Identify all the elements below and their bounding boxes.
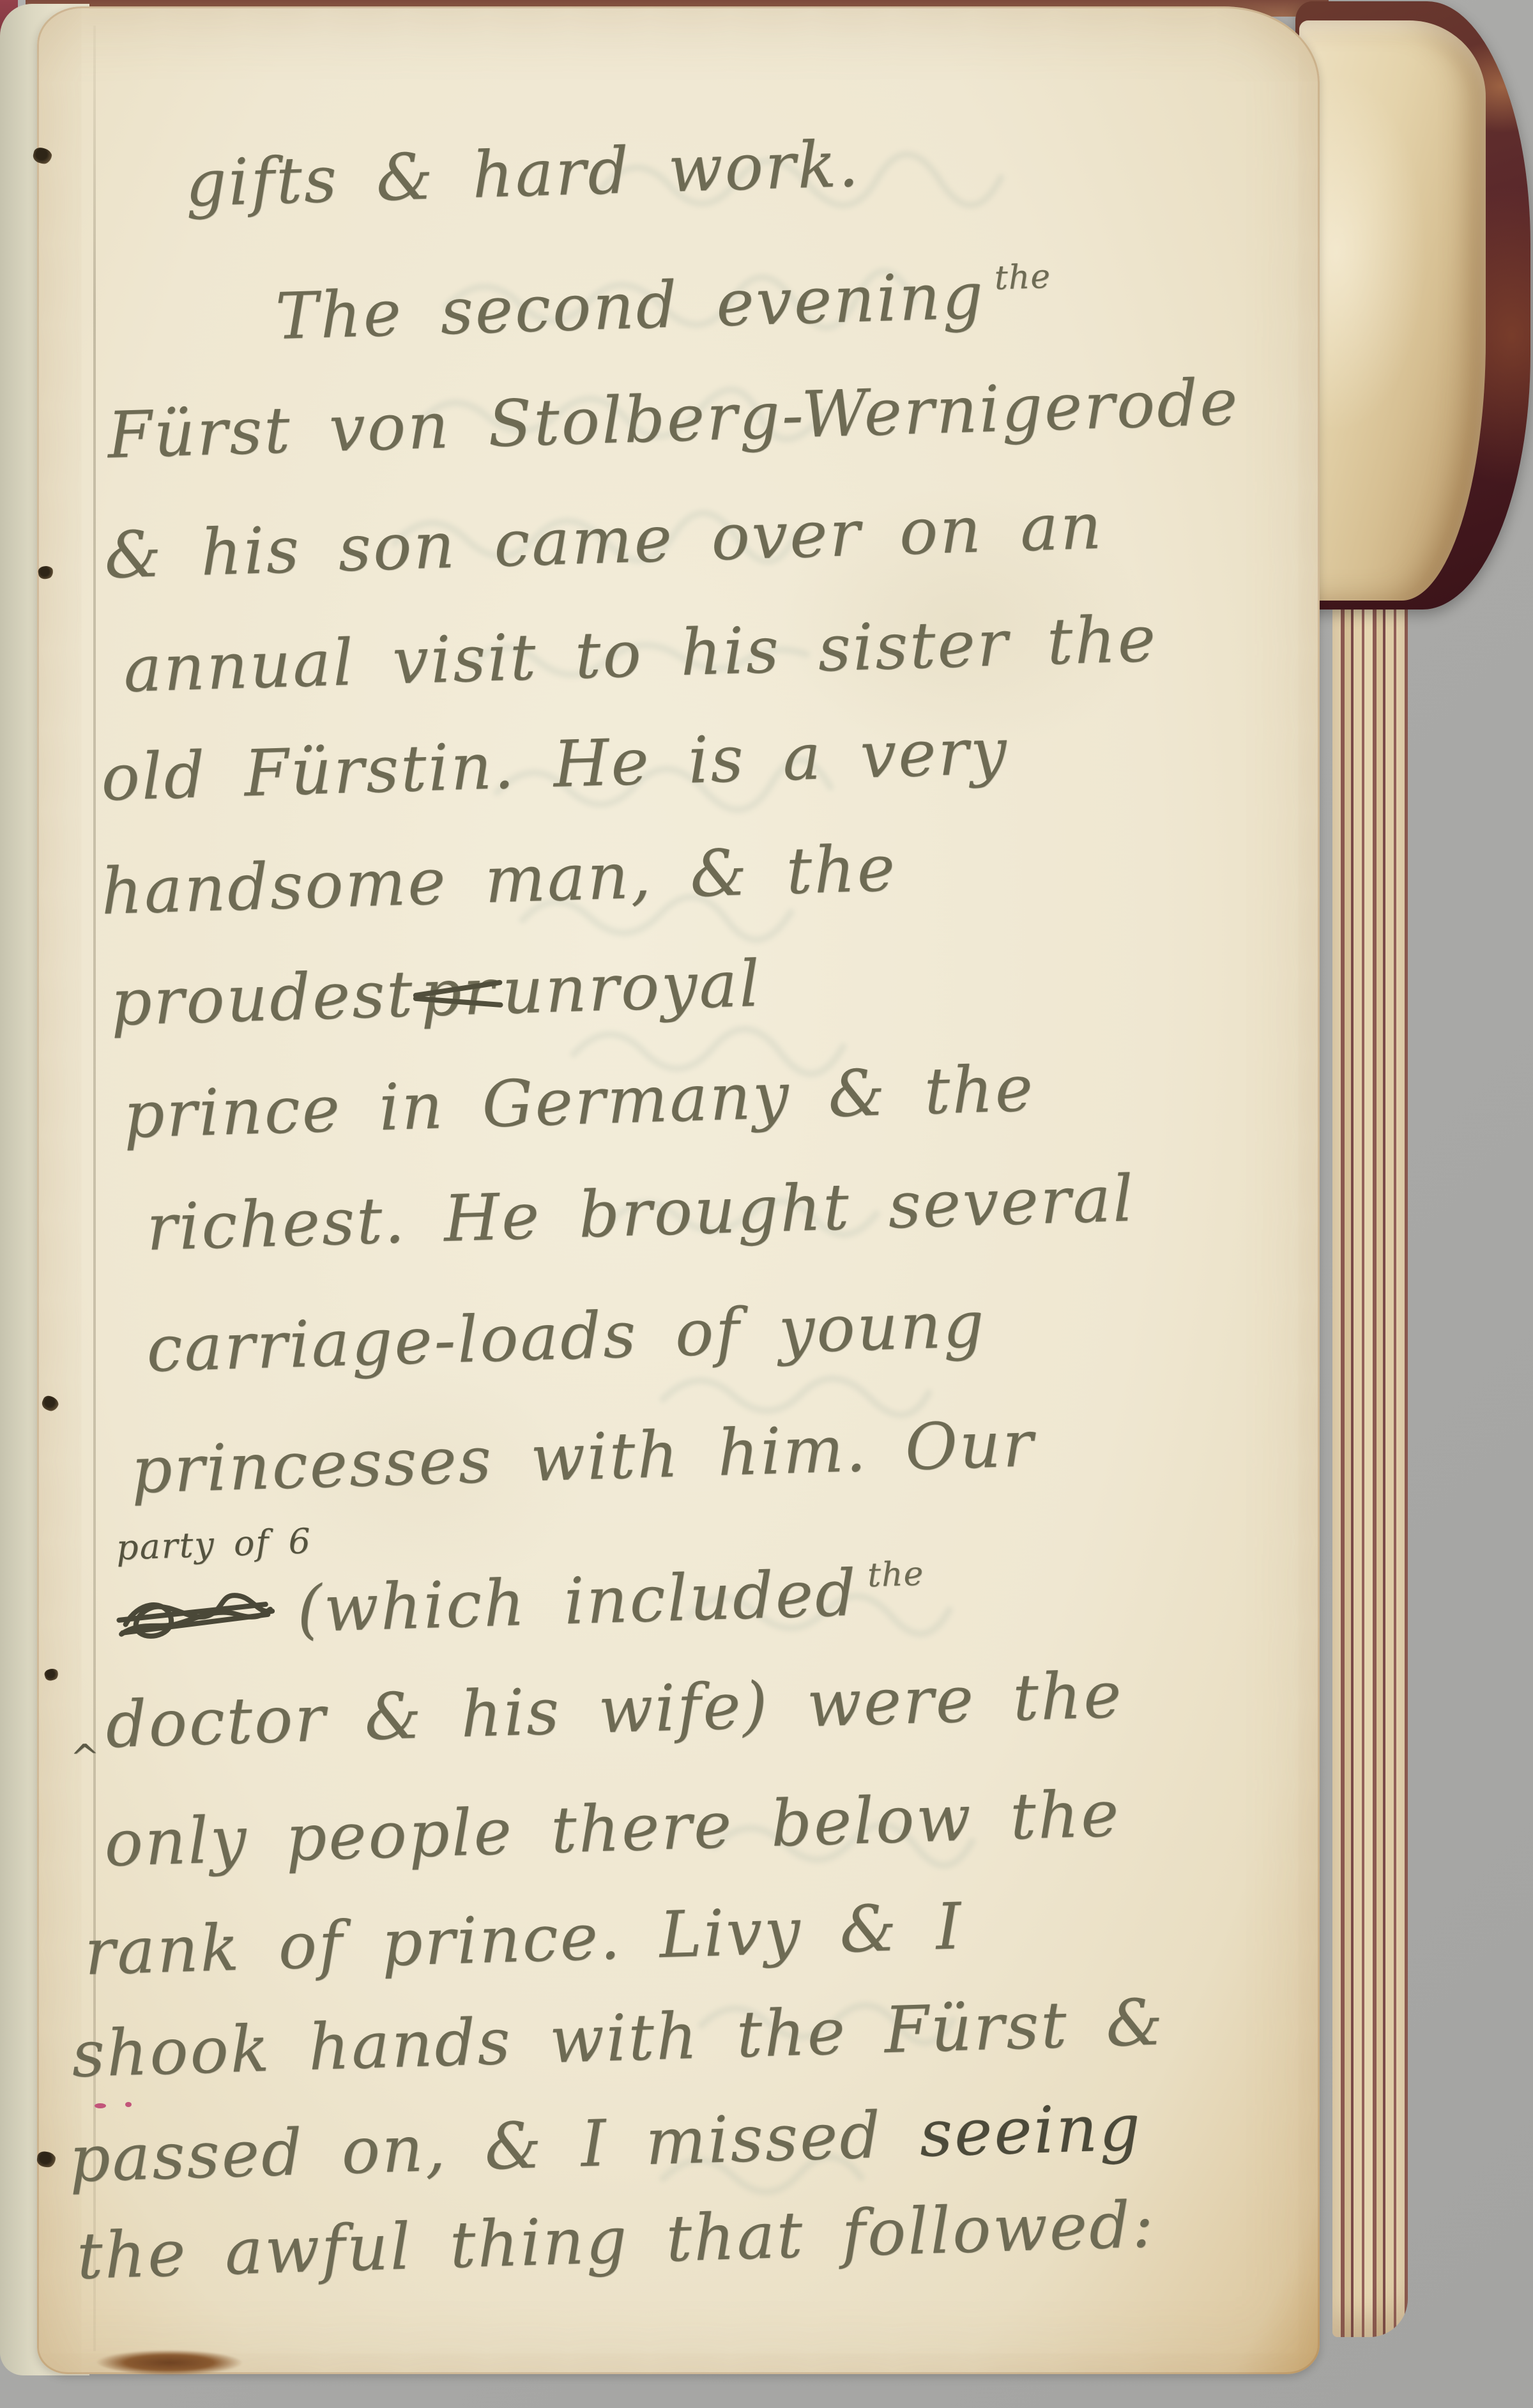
handwritten-line: proudestprunroyal: [110, 952, 762, 1035]
raised-word: the: [867, 1554, 924, 1595]
photograph-of-notebook: gifts & hard work. The second eveningthe…: [0, 0, 1533, 2408]
scribbled-out-word: [115, 1585, 277, 1653]
handwritten-line: gifts & hard work.: [185, 132, 861, 216]
gutter-crease-line: [93, 26, 96, 2351]
retraced-word: seeing: [919, 2090, 1143, 2171]
crossed-out-word: pr: [420, 960, 497, 1025]
curled-page-edges: [1299, 20, 1486, 601]
red-edge-speck: [125, 2102, 132, 2107]
red-edge-speck: [95, 2103, 106, 2108]
interlinear-insertion: party of 6: [116, 1524, 312, 1565]
insertion-caret: ^: [70, 1740, 102, 1775]
raised-word: the: [994, 257, 1051, 298]
leather-cover-corner: [1295, 1, 1530, 610]
